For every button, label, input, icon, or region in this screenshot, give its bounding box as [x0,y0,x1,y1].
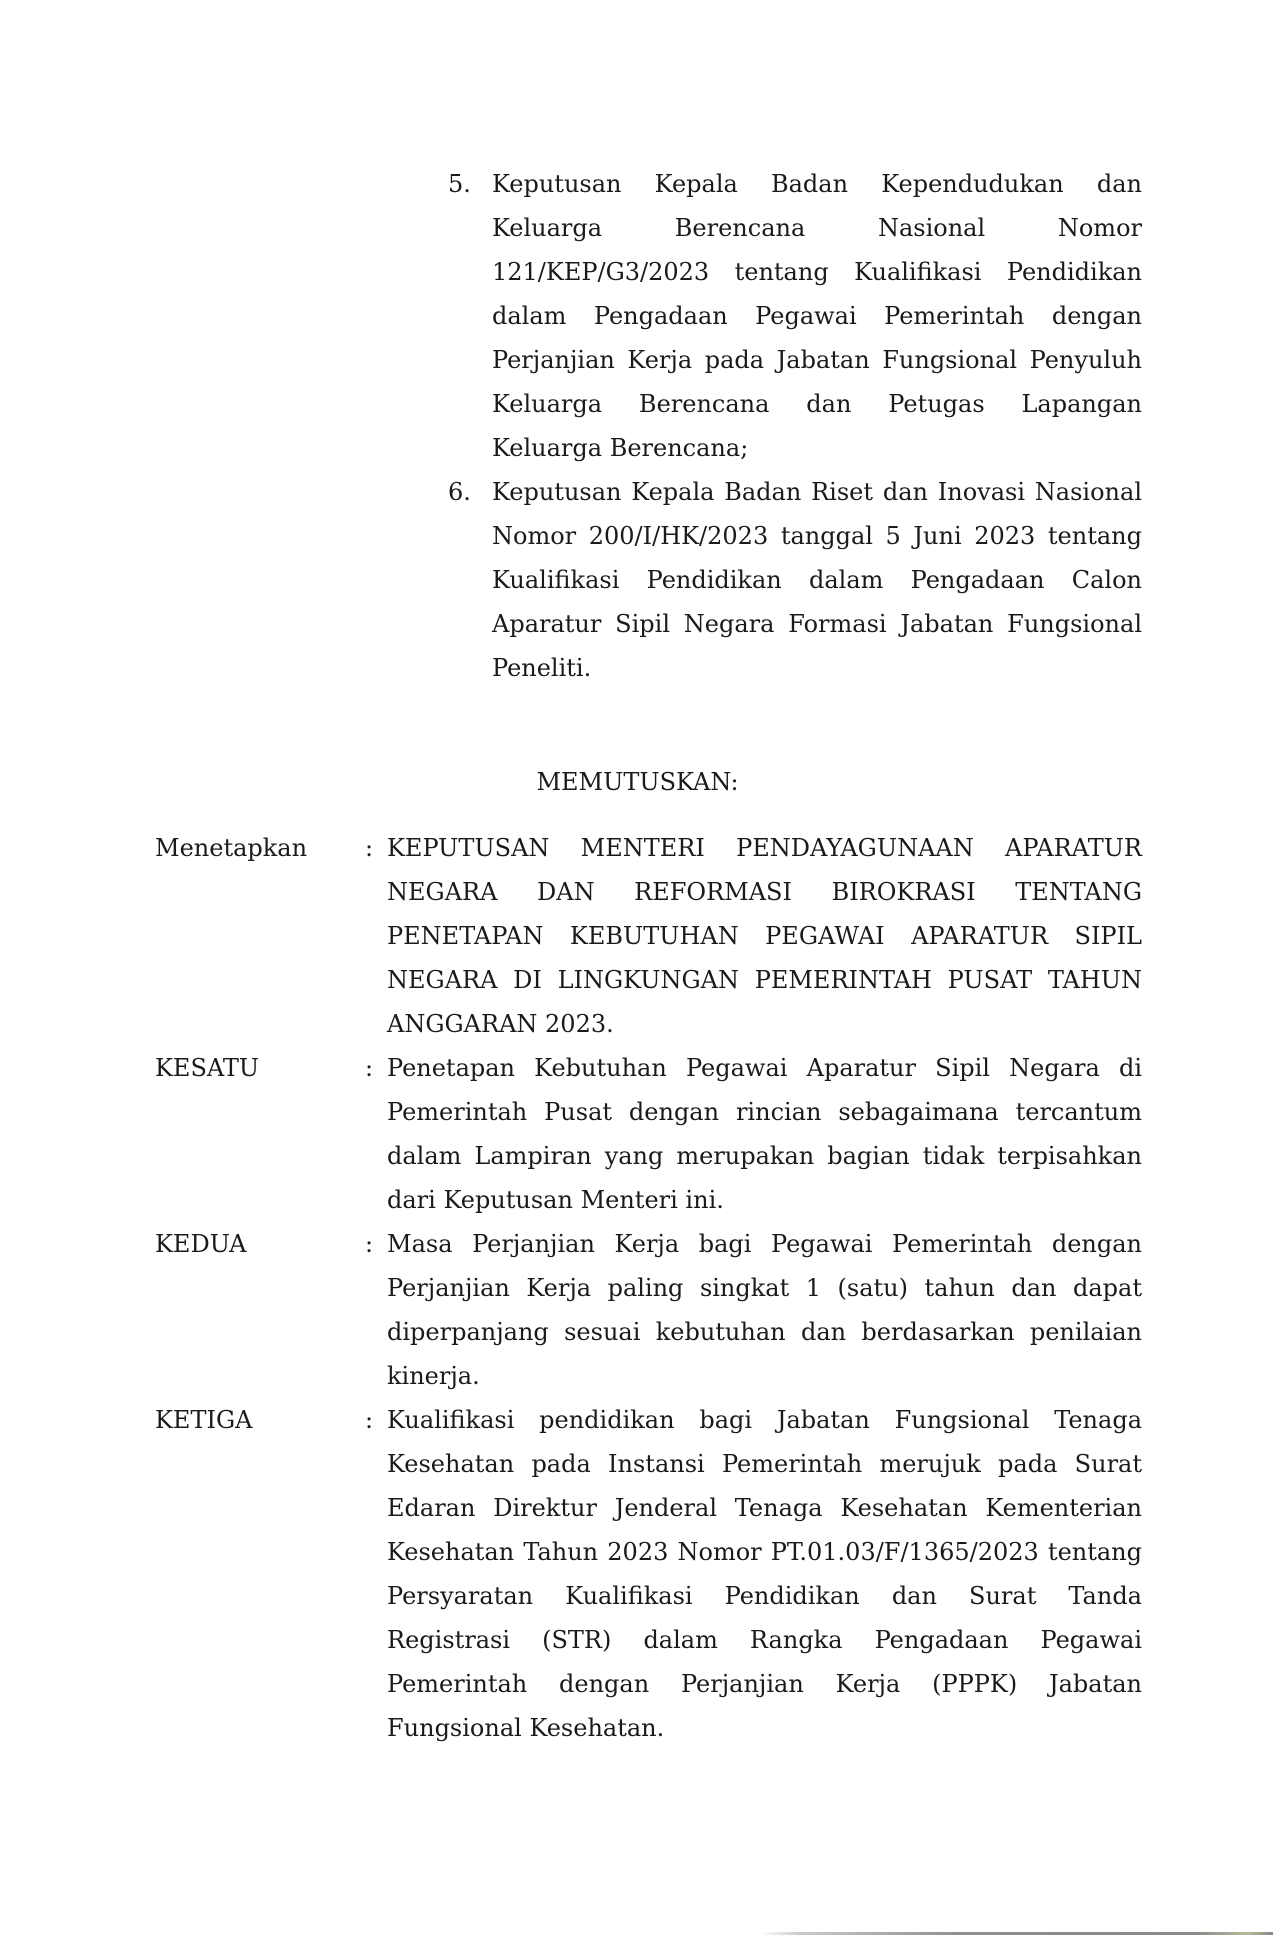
decision-colon: : [351,826,387,1046]
decision-kedua: KEDUA : Masa Perjanjian Kerja bagi Pegaw… [155,1222,1142,1398]
decision-label: KESATU [155,1046,351,1222]
decision-label: KEDUA [155,1222,351,1398]
considerations-list: 5. Keputusan Kepala Badan Kependudukan d… [448,162,1142,690]
decision-text: Kualifikasi pendidikan bagi Jabatan Fung… [387,1398,1142,1750]
decision-text: Penetapan Kebutuhan Pegawai Aparatur Sip… [387,1046,1142,1222]
consideration-text: Keputusan Kepala Badan Kependudukan dan … [492,162,1142,470]
consideration-number: 5. [448,162,492,470]
decision-ketiga: KETIGA : Kualifikasi pendidikan bagi Jab… [155,1398,1142,1750]
decision-menetapkan: Menetapkan : KEPUTUSAN MENTERI PENDAYAGU… [155,826,1142,1046]
decision-text: Masa Perjanjian Kerja bagi Pegawai Pemer… [387,1222,1142,1398]
section-heading: MEMUTUSKAN: [0,762,1275,802]
decisions-list: Menetapkan : KEPUTUSAN MENTERI PENDAYAGU… [155,826,1142,1750]
footer-divider [760,1932,1273,1935]
decision-colon: : [351,1398,387,1750]
decision-kesatu: KESATU : Penetapan Kebutuhan Pegawai Apa… [155,1046,1142,1222]
decision-text: KEPUTUSAN MENTERI PENDAYAGUNAAN APARATUR… [387,826,1142,1046]
decision-label: KETIGA [155,1398,351,1750]
decision-colon: : [351,1222,387,1398]
consideration-text: Keputusan Kepala Badan Riset dan Inovasi… [492,470,1142,690]
decision-label: Menetapkan [155,826,351,1046]
document-page: 5. Keputusan Kepala Badan Kependudukan d… [0,0,1275,1950]
decision-colon: : [351,1046,387,1222]
consideration-number: 6. [448,470,492,690]
consideration-item: 5. Keputusan Kepala Badan Kependudukan d… [448,162,1142,470]
consideration-item: 6. Keputusan Kepala Badan Riset dan Inov… [448,470,1142,690]
